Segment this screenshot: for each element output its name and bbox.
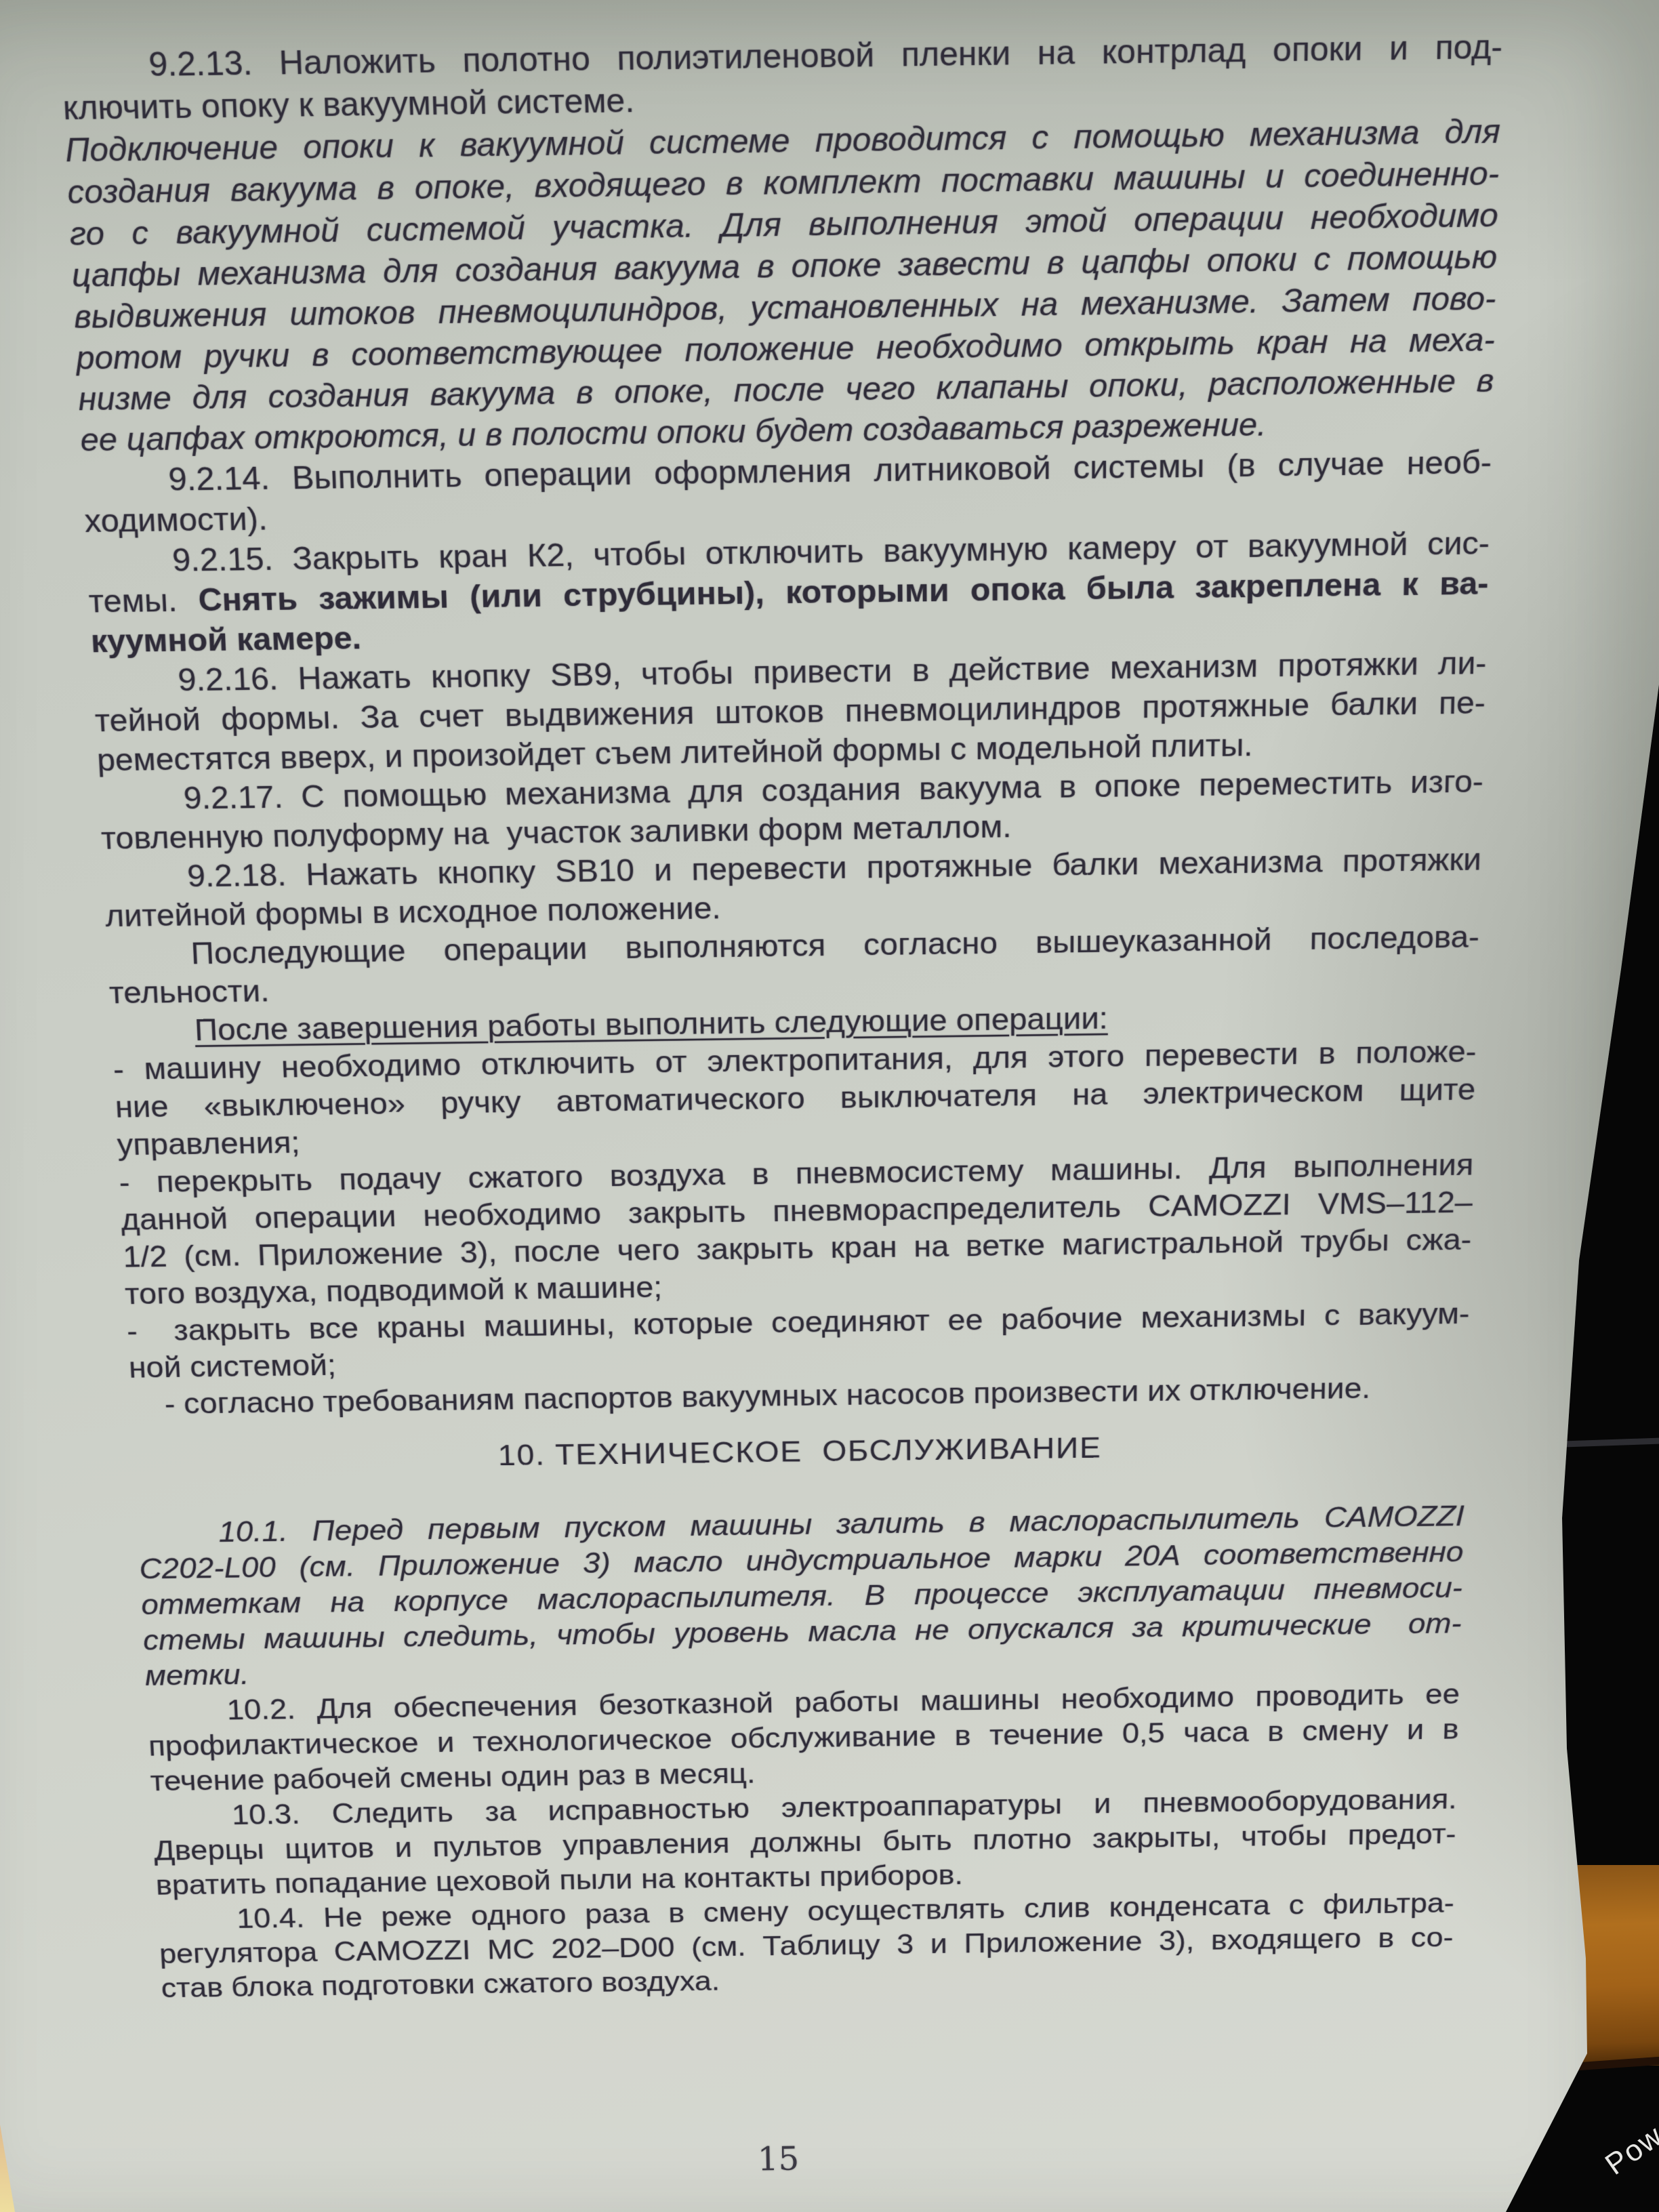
section-heading: 10. ТЕХНИЧЕСКОЕ ОБСЛУЖИВАНИЕ [133, 1425, 1467, 1479]
background-object-text: Pow [1599, 2118, 1659, 2182]
text-block: 9.2.13. Наложить полотно полиэтиленовой … [60, 26, 1503, 2005]
page-number: 15 [758, 2139, 800, 2178]
photo-of-document: Pow 9.2.13. Наложить полотно полиэтилено… [0, 0, 1659, 2212]
table-edge-line [1559, 1437, 1659, 1448]
